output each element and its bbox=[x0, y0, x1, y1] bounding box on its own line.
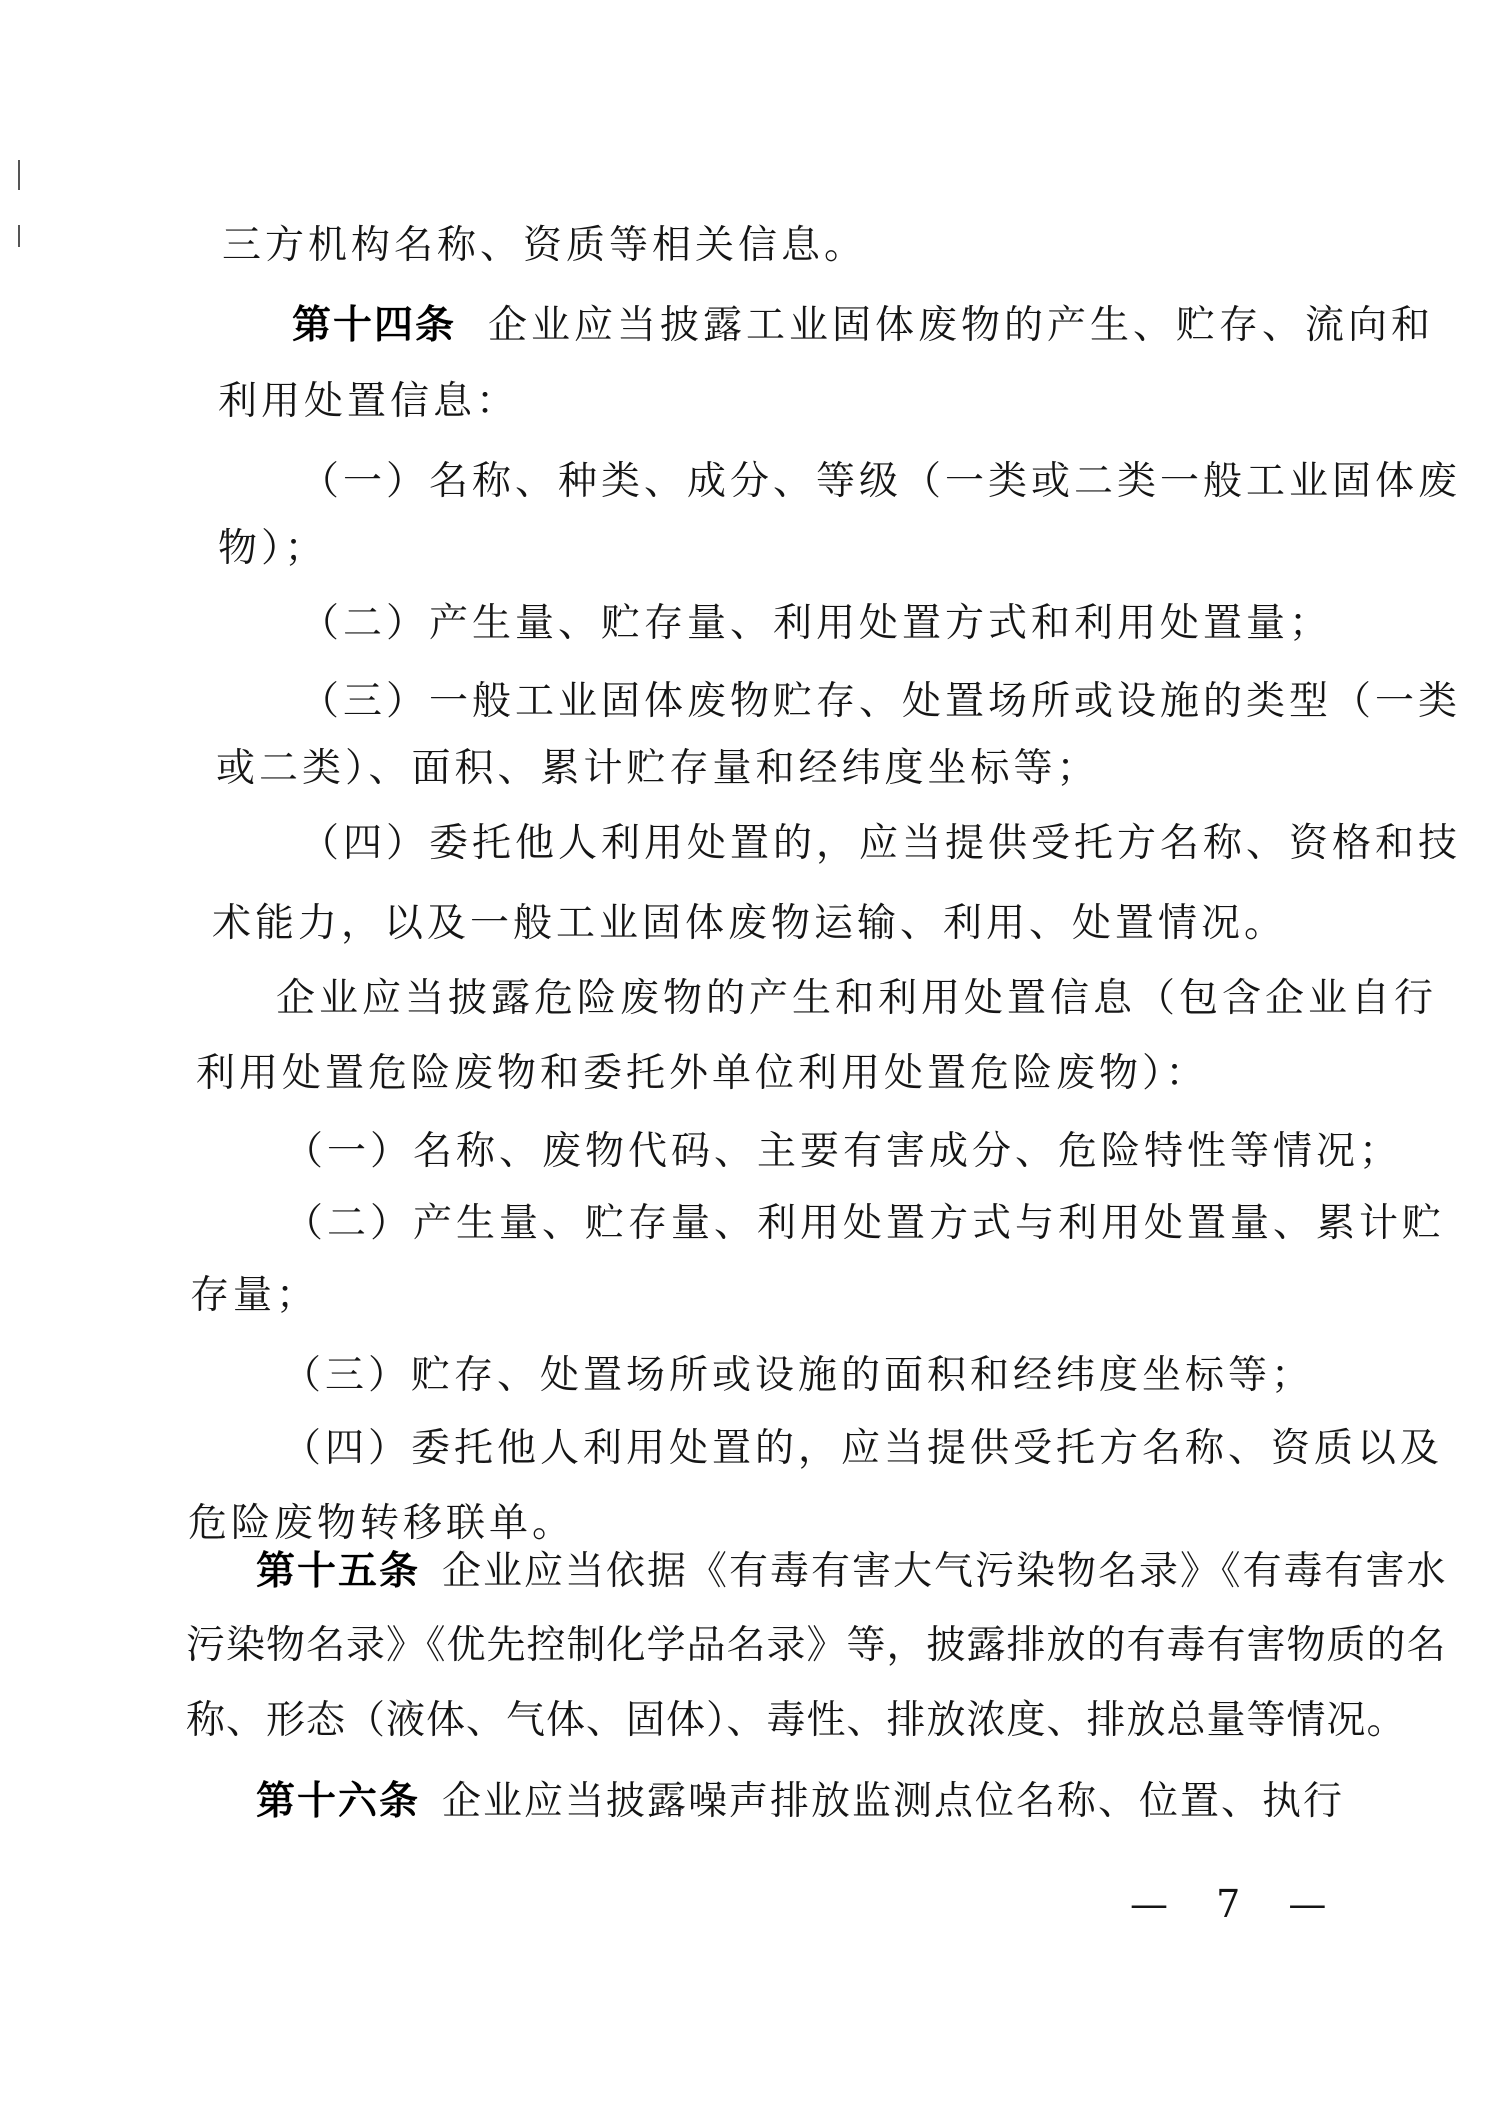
list-item: （一）名称、种类、成分、等级（一类或二类一般工业固体废 bbox=[300, 458, 1461, 506]
line-text: 三方机构名称、资质等相关信息。 bbox=[222, 223, 867, 268]
line-text: 污染物名录》《优先控制化学品名录》等，披露排放的有毒有害物质的名 bbox=[186, 1623, 1447, 1668]
line-text: （四）委托他人利用处置的，应当提供受托方名称、资质以及 bbox=[282, 1426, 1443, 1471]
line-text: 物）； bbox=[218, 526, 328, 571]
list-item: （一）名称、废物代码、主要有害成分、危险特性等情况； bbox=[284, 1128, 1402, 1176]
article-14: 第十四条企业应当披露工业固体废物的产生、贮存、流向和 bbox=[292, 302, 1434, 350]
line-text: （四）委托他人利用处置的，应当提供受托方名称、资格和技 bbox=[300, 821, 1461, 866]
line-text: 称、形态（液体、气体、固体）、毒性、排放浓度、排放总量等情况。 bbox=[186, 1698, 1407, 1743]
paragraph-line: 企业应当披露危险废物的产生和利用处置信息（包含企业自行 bbox=[276, 975, 1437, 1023]
paragraph-line: 三方机构名称、资质等相关信息。 bbox=[222, 222, 867, 270]
list-item: （二）产生量、贮存量、利用处置方式与利用处置量、累计贮 bbox=[284, 1200, 1445, 1248]
article-15: 第十五条企业应当依据《有毒有害大气污染物名录》《有毒有害水 bbox=[256, 1548, 1448, 1596]
list-item: （三）一般工业固体废物贮存、处置场所或设施的类型（一类 bbox=[300, 678, 1461, 726]
scan-artifact bbox=[18, 225, 20, 247]
line-text: （三）一般工业固体废物贮存、处置场所或设施的类型（一类 bbox=[300, 679, 1461, 724]
line-text: 企业应当披露噪声排放监测点位名称、位置、执行 bbox=[442, 1779, 1344, 1824]
list-item: （二）产生量、贮存量、利用处置方式和利用处置量； bbox=[300, 600, 1332, 648]
article-heading: 第十六条 bbox=[256, 1779, 420, 1824]
line-text: （二）产生量、贮存量、利用处置方式与利用处置量、累计贮 bbox=[284, 1201, 1445, 1246]
paragraph-line: 污染物名录》《优先控制化学品名录》等，披露排放的有毒有害物质的名 bbox=[186, 1622, 1447, 1670]
list-item: （三）贮存、处置场所或设施的面积和经纬度坐标等； bbox=[282, 1352, 1314, 1400]
paragraph-line: 利用处置危险废物和委托外单位利用处置危险废物）： bbox=[196, 1050, 1209, 1098]
paragraph-line: 利用处置信息： bbox=[218, 378, 519, 426]
article-16: 第十六条企业应当披露噪声排放监测点位名称、位置、执行 bbox=[256, 1778, 1344, 1826]
line-text: 术能力，以及一般工业固体废物运输、利用、处置情况。 bbox=[212, 901, 1287, 946]
page-number: — 7 — bbox=[1130, 1880, 1344, 1928]
line-text: 危险废物转移联单。 bbox=[188, 1501, 575, 1546]
list-item: （四）委托他人利用处置的，应当提供受托方名称、资质以及 bbox=[282, 1425, 1443, 1473]
line-text: （一）名称、废物代码、主要有害成分、危险特性等情况； bbox=[284, 1129, 1402, 1174]
list-item: （四）委托他人利用处置的，应当提供受托方名称、资格和技 bbox=[300, 820, 1461, 868]
scan-artifact bbox=[18, 160, 20, 190]
paragraph-line: 物）； bbox=[218, 525, 328, 573]
paragraph-line: 危险废物转移联单。 bbox=[188, 1500, 575, 1548]
line-text: 利用处置危险废物和委托外单位利用处置危险废物）： bbox=[196, 1051, 1209, 1096]
paragraph-line: 称、形态（液体、气体、固体）、毒性、排放浓度、排放总量等情况。 bbox=[186, 1697, 1407, 1745]
article-heading: 第十四条 bbox=[292, 303, 456, 348]
line-text: （三）贮存、处置场所或设施的面积和经纬度坐标等； bbox=[282, 1353, 1314, 1398]
line-text: 存量； bbox=[190, 1273, 319, 1318]
line-text: 企业应当依据《有毒有害大气污染物名录》《有毒有害水 bbox=[442, 1549, 1448, 1594]
line-text: 或二类）、面积、累计贮存量和经纬度坐标等； bbox=[216, 746, 1100, 791]
line-text: 企业应当披露危险废物的产生和利用处置信息（包含企业自行 bbox=[276, 976, 1437, 1021]
paragraph-line: 存量； bbox=[190, 1272, 319, 1320]
article-heading: 第十五条 bbox=[256, 1549, 420, 1594]
paragraph-line: 术能力，以及一般工业固体废物运输、利用、处置情况。 bbox=[212, 900, 1287, 948]
line-text: （一）名称、种类、成分、等级（一类或二类一般工业固体废 bbox=[300, 459, 1461, 504]
document-page: 三方机构名称、资质等相关信息。 第十四条企业应当披露工业固体废物的产生、贮存、流… bbox=[0, 0, 1487, 2105]
line-text: 利用处置信息： bbox=[218, 379, 519, 424]
line-text: （二）产生量、贮存量、利用处置方式和利用处置量； bbox=[300, 601, 1332, 646]
paragraph-line: 或二类）、面积、累计贮存量和经纬度坐标等； bbox=[216, 745, 1100, 793]
line-text: 企业应当披露工业固体废物的产生、贮存、流向和 bbox=[488, 303, 1434, 348]
